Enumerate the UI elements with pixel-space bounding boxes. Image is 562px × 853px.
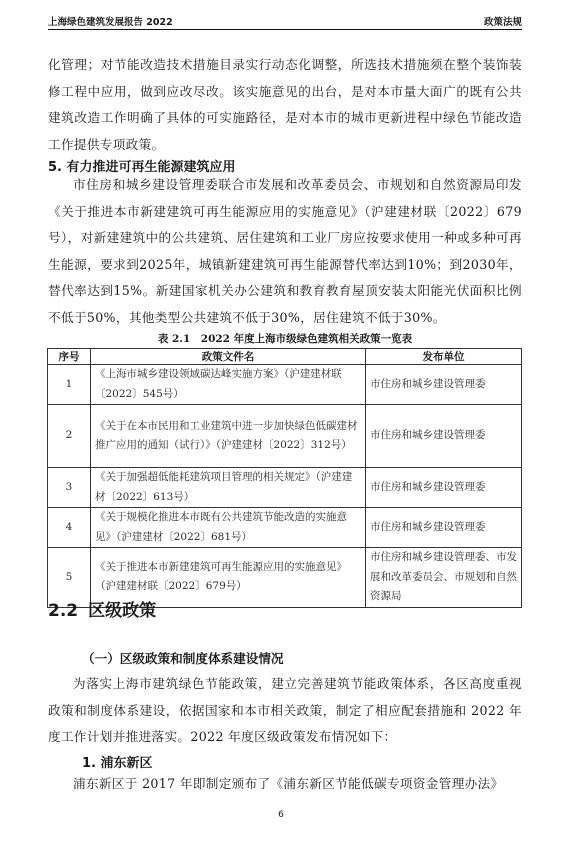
policy-name: 《上海市城乡建设领域碳达峰实施方案》（沪建建材联〔2022〕545号） — [91, 365, 366, 405]
table-caption: 表 2.1 2022 年度上海市级绿色建筑相关政策一览表 — [48, 331, 522, 346]
issuer: 市住房和城乡建设管理委 — [366, 365, 522, 405]
column-header-number: 序号 — [48, 349, 91, 365]
column-header-issuer: 发布单位 — [366, 349, 522, 365]
row-number: 3 — [48, 468, 91, 508]
report-title: 上海绿色建筑发展报告 2022 — [48, 14, 173, 28]
page-header: 上海绿色建筑发展报告 2022 政策法规 — [48, 13, 522, 30]
section-2-2-title: 2.2区级政策 — [48, 596, 156, 621]
issuer: 市住房和城乡建设管理委、市发展和改革委员会、市规划和自然资源局 — [366, 548, 522, 608]
policy-name: 《关于在本市民用和工业建筑中进一步加快绿色低碳建材推广应用的通知（试行）》（沪建… — [91, 405, 366, 468]
subsection-heading: （一）区级政策和制度体系建设情况 — [82, 648, 284, 667]
table-row: 1 《上海市城乡建设领域碳达峰实施方案》（沪建建材联〔2022〕545号） 市住… — [48, 365, 522, 405]
page-number: 6 — [0, 810, 562, 820]
policy-name: 《关于规模化推进本市既有公共建筑节能改造的实施意见》（沪建建材〔2022〕681… — [91, 508, 366, 548]
chapter-title: 政策法规 — [484, 14, 522, 28]
section-title-text: 区级政策 — [88, 601, 156, 621]
row-number: 4 — [48, 508, 91, 548]
section-number: 2.2 — [48, 601, 78, 621]
pudong-paragraph: 浦东新区于 2017 年即制定颁布了《浦东新区节能低碳专项资金管理办法》 — [48, 771, 522, 798]
table-header-row: 序号 政策文件名 发布单位 — [48, 349, 522, 365]
pudong-heading: 1. 浦东新区 — [82, 752, 153, 771]
row-number: 2 — [48, 405, 91, 468]
policy-name: 《关于加强超低能耗建筑项目管理的相关规定》（沪建建材〔2022〕613号） — [91, 468, 366, 508]
issuer: 市住房和城乡建设管理委 — [366, 508, 522, 548]
issuer: 市住房和城乡建设管理委 — [366, 405, 522, 468]
table-row: 2 《关于在本市民用和工业建筑中进一步加快绿色低碳建材推广应用的通知（试行）》（… — [48, 405, 522, 468]
policy-table: 序号 政策文件名 发布单位 1 《上海市城乡建设领域碳达峰实施方案》（沪建建材联… — [47, 348, 522, 608]
intro-paragraph: 化管理；对节能改造技术措施目录实行动态化调整，所选技术措施须在整个装饰装修工程中… — [48, 52, 522, 158]
table-row: 3 《关于加强超低能耗建筑项目管理的相关规定》（沪建建材〔2022〕613号） … — [48, 468, 522, 508]
issuer: 市住房和城乡建设管理委 — [366, 468, 522, 508]
district-policy-paragraph: 为落实上海市建筑绿色节能政策，建立完善建筑节能政策体系，各区高度重视政策和制度体… — [48, 671, 522, 751]
section-5-paragraph: 市住房和城乡建设管理委联合市发展和改革委员会、市规划和自然资源局印发《关于推进本… — [48, 172, 522, 331]
row-number: 1 — [48, 365, 91, 405]
table-row: 4 《关于规模化推进本市既有公共建筑节能改造的实施意见》（沪建建材〔2022〕6… — [48, 508, 522, 548]
column-header-policy-name: 政策文件名 — [91, 349, 366, 365]
